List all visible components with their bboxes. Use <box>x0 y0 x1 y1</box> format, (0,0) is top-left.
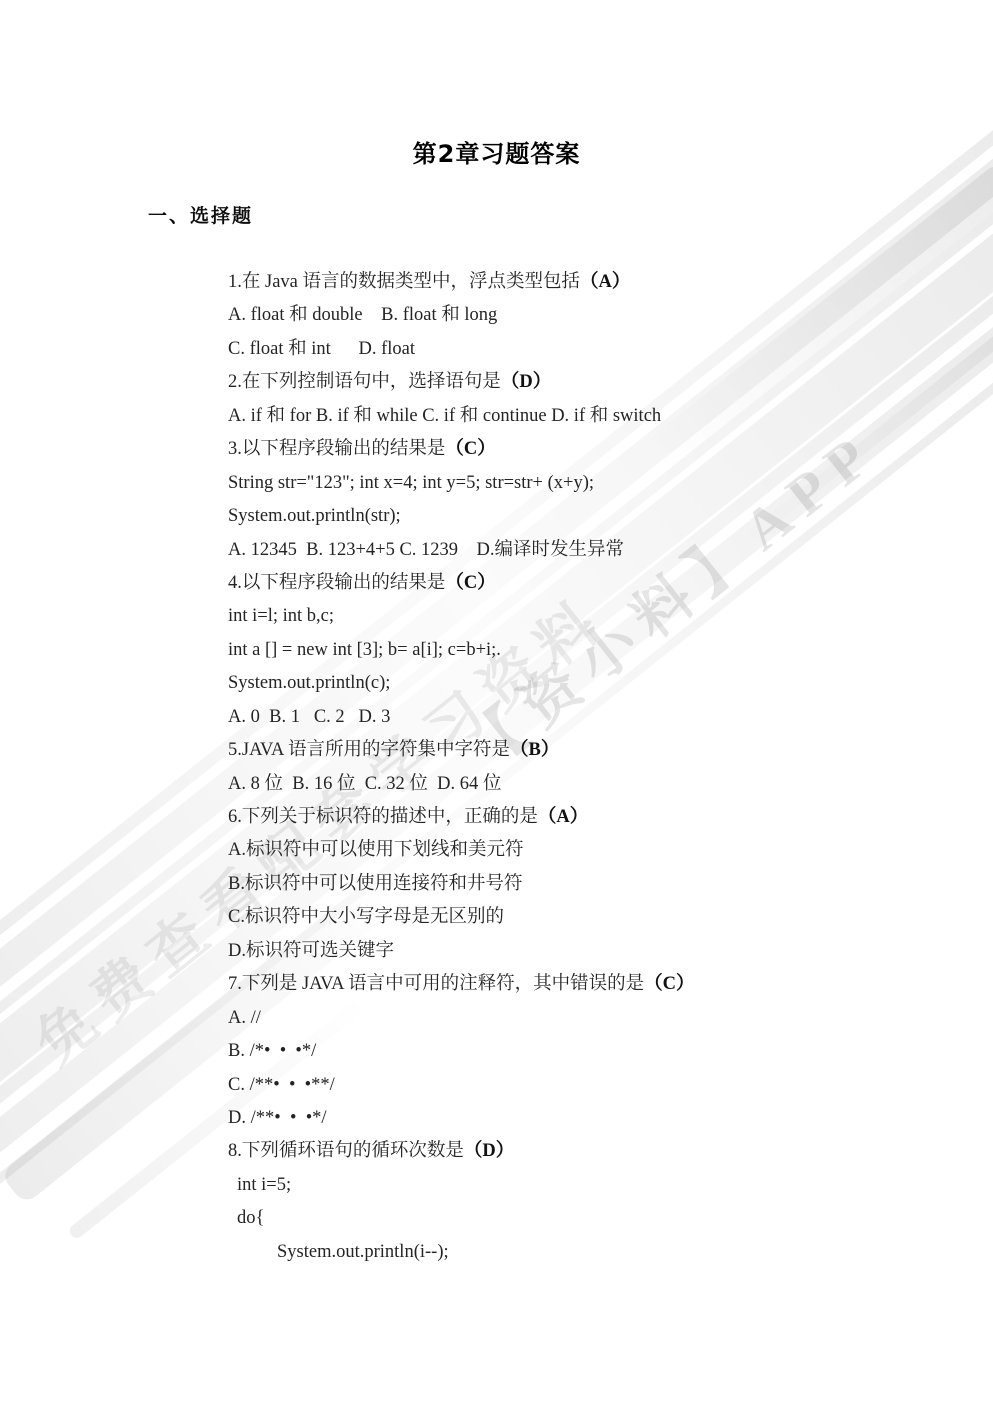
line-text: do{ <box>237 1208 264 1228</box>
line-text: 2.在下列控制语句中，选择语句是 <box>228 372 501 392</box>
line-text: System.out.println(i--); <box>277 1242 449 1262</box>
document-line: int a [] = new int [3]; b= a[i]; c=b+i;. <box>228 634 928 667</box>
document-line: 6.下列关于标识符的描述中，正确的是（A） <box>228 801 928 834</box>
document-line: B. /*• • •*/ <box>228 1035 928 1068</box>
document-line: System.out.println(c); <box>228 667 928 700</box>
line-text: A. // <box>228 1008 261 1028</box>
document-line: C. /**• • •**/ <box>228 1069 928 1102</box>
document-line: 7.下列是 JAVA 语言中可用的注释符，其中错误的是（C） <box>228 968 928 1001</box>
line-text: 5.JAVA 语言所用的字符集中字符是 <box>228 740 510 760</box>
document-line: do{ <box>228 1202 928 1235</box>
answer-label: （C） <box>644 974 694 994</box>
line-text: 7.下列是 JAVA 语言中可用的注释符，其中错误的是 <box>228 974 644 994</box>
line-text: String str="123"; int x=4; int y=5; str=… <box>228 473 594 493</box>
document-line: 5.JAVA 语言所用的字符集中字符是（B） <box>228 734 928 767</box>
line-text: 3.以下程序段输出的结果是 <box>228 439 445 459</box>
line-text: int i=5; <box>237 1175 291 1195</box>
document-line: A. if 和 for B. if 和 while C. if 和 contin… <box>228 400 928 433</box>
answer-label: （A） <box>580 272 630 292</box>
line-text: A.标识符中可以使用下划线和美元符 <box>228 840 524 860</box>
line-text: C.标识符中大小写字母是无区别的 <box>228 907 504 927</box>
line-text: A. if 和 for B. if 和 while C. if 和 contin… <box>228 406 661 426</box>
answer-label: （C） <box>445 439 495 459</box>
answer-label: （A） <box>538 807 588 827</box>
line-text: A. 0 B. 1 C. 2 D. 3 <box>228 707 390 727</box>
line-text: D.标识符可选关键字 <box>228 941 394 961</box>
line-text: D. /**• • •*/ <box>228 1108 327 1128</box>
answer-label: （C） <box>445 573 495 593</box>
document-line: B.标识符中可以使用连接符和井号符 <box>228 868 928 901</box>
line-text: System.out.println(c); <box>228 673 390 693</box>
answer-label: （D） <box>464 1141 514 1161</box>
line-text: C. /**• • •**/ <box>228 1075 335 1095</box>
document-line: int i=l; int b,c; <box>228 600 928 633</box>
line-text: int a [] = new int [3]; b= a[i]; c=b+i;. <box>228 640 501 660</box>
document-line: D. /**• • •*/ <box>228 1102 928 1135</box>
line-text: 1.在 Java 语言的数据类型中，浮点类型包括 <box>228 272 580 292</box>
document-line: C.标识符中大小写字母是无区别的 <box>228 901 928 934</box>
document-line: 1.在 Java 语言的数据类型中，浮点类型包括（A） <box>228 266 928 299</box>
line-text: 8.下列循环语句的循环次数是 <box>228 1141 464 1161</box>
document-line: A. // <box>228 1002 928 1035</box>
document-line: A. 12345 B. 123+4+5 C. 1239 D.编译时发生异常 <box>228 534 928 567</box>
answer-label: （B） <box>510 740 559 760</box>
document-line: System.out.println(i--); <box>228 1236 928 1269</box>
line-text: 6.下列关于标识符的描述中，正确的是 <box>228 807 538 827</box>
document-line: int i=5; <box>228 1169 928 1202</box>
document-line: A. float 和 double B. float 和 long <box>228 299 928 332</box>
document-line: 2.在下列控制语句中，选择语句是（D） <box>228 366 928 399</box>
line-text: B. /*• • •*/ <box>228 1041 316 1061</box>
line-text: A. 12345 B. 123+4+5 C. 1239 D.编译时发生异常 <box>228 540 624 560</box>
section-heading: 一、选择题 <box>148 201 253 228</box>
line-text: int i=l; int b,c; <box>228 606 334 626</box>
document-line: 4.以下程序段输出的结果是（C） <box>228 567 928 600</box>
document-line: C. float 和 int D. float <box>228 333 928 366</box>
document-line: A. 0 B. 1 C. 2 D. 3 <box>228 701 928 734</box>
document-line: A. 8 位 B. 16 位 C. 32 位 D. 64 位 <box>228 768 928 801</box>
document-line: System.out.println(str); <box>228 500 928 533</box>
line-text: B.标识符中可以使用连接符和井号符 <box>228 874 522 894</box>
line-text: System.out.println(str); <box>228 506 401 526</box>
document-line: String str="123"; int x=4; int y=5; str=… <box>228 467 928 500</box>
document-line: 3.以下程序段输出的结果是（C） <box>228 433 928 466</box>
page-title: 第2章习题答案 <box>0 134 993 169</box>
line-text: A. float 和 double B. float 和 long <box>228 305 497 325</box>
document-page: 免费查看配套学习资料 【资小料】APP 第2章习题答案 一、选择题 1.在 Ja… <box>0 0 993 1404</box>
document-line: 8.下列循环语句的循环次数是（D） <box>228 1135 928 1168</box>
line-text: 4.以下程序段输出的结果是 <box>228 573 445 593</box>
line-text: C. float 和 int D. float <box>228 339 415 359</box>
line-text: A. 8 位 B. 16 位 C. 32 位 D. 64 位 <box>228 774 501 794</box>
document-lines: 1.在 Java 语言的数据类型中，浮点类型包括（A）A. float 和 do… <box>228 266 928 1269</box>
answer-label: （D） <box>501 372 551 392</box>
document-line: D.标识符可选关键字 <box>228 935 928 968</box>
document-line: A.标识符中可以使用下划线和美元符 <box>228 834 928 867</box>
